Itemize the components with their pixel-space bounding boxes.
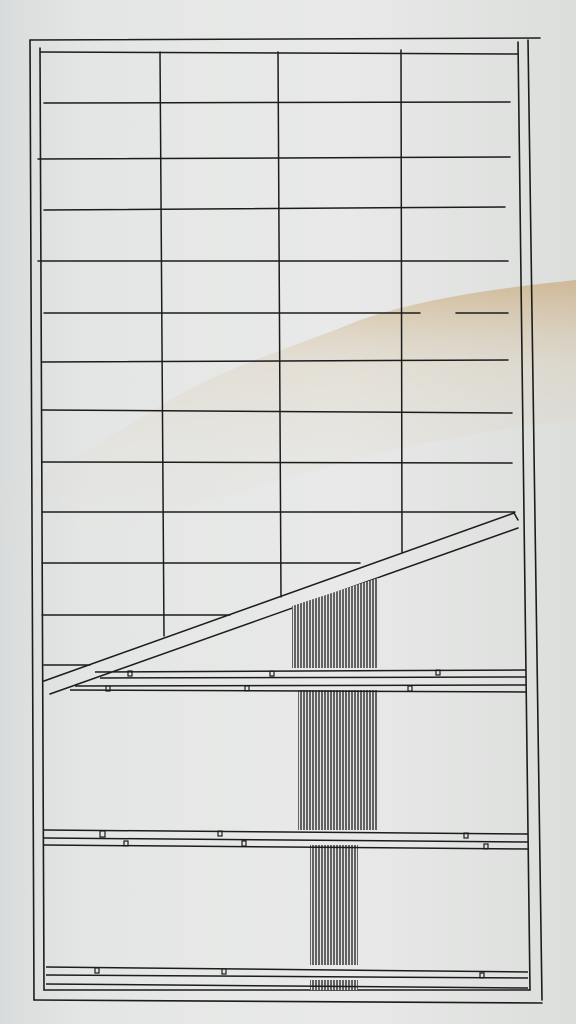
water-stain [0, 280, 576, 560]
rail-middle [44, 830, 528, 849]
scanned-page [0, 0, 576, 1024]
rail-lower [46, 967, 528, 988]
rail-upper [70, 670, 526, 692]
rails [44, 670, 528, 988]
loom-diagram [0, 0, 576, 1024]
warp-column [292, 578, 378, 990]
rail-pegs [95, 670, 488, 978]
